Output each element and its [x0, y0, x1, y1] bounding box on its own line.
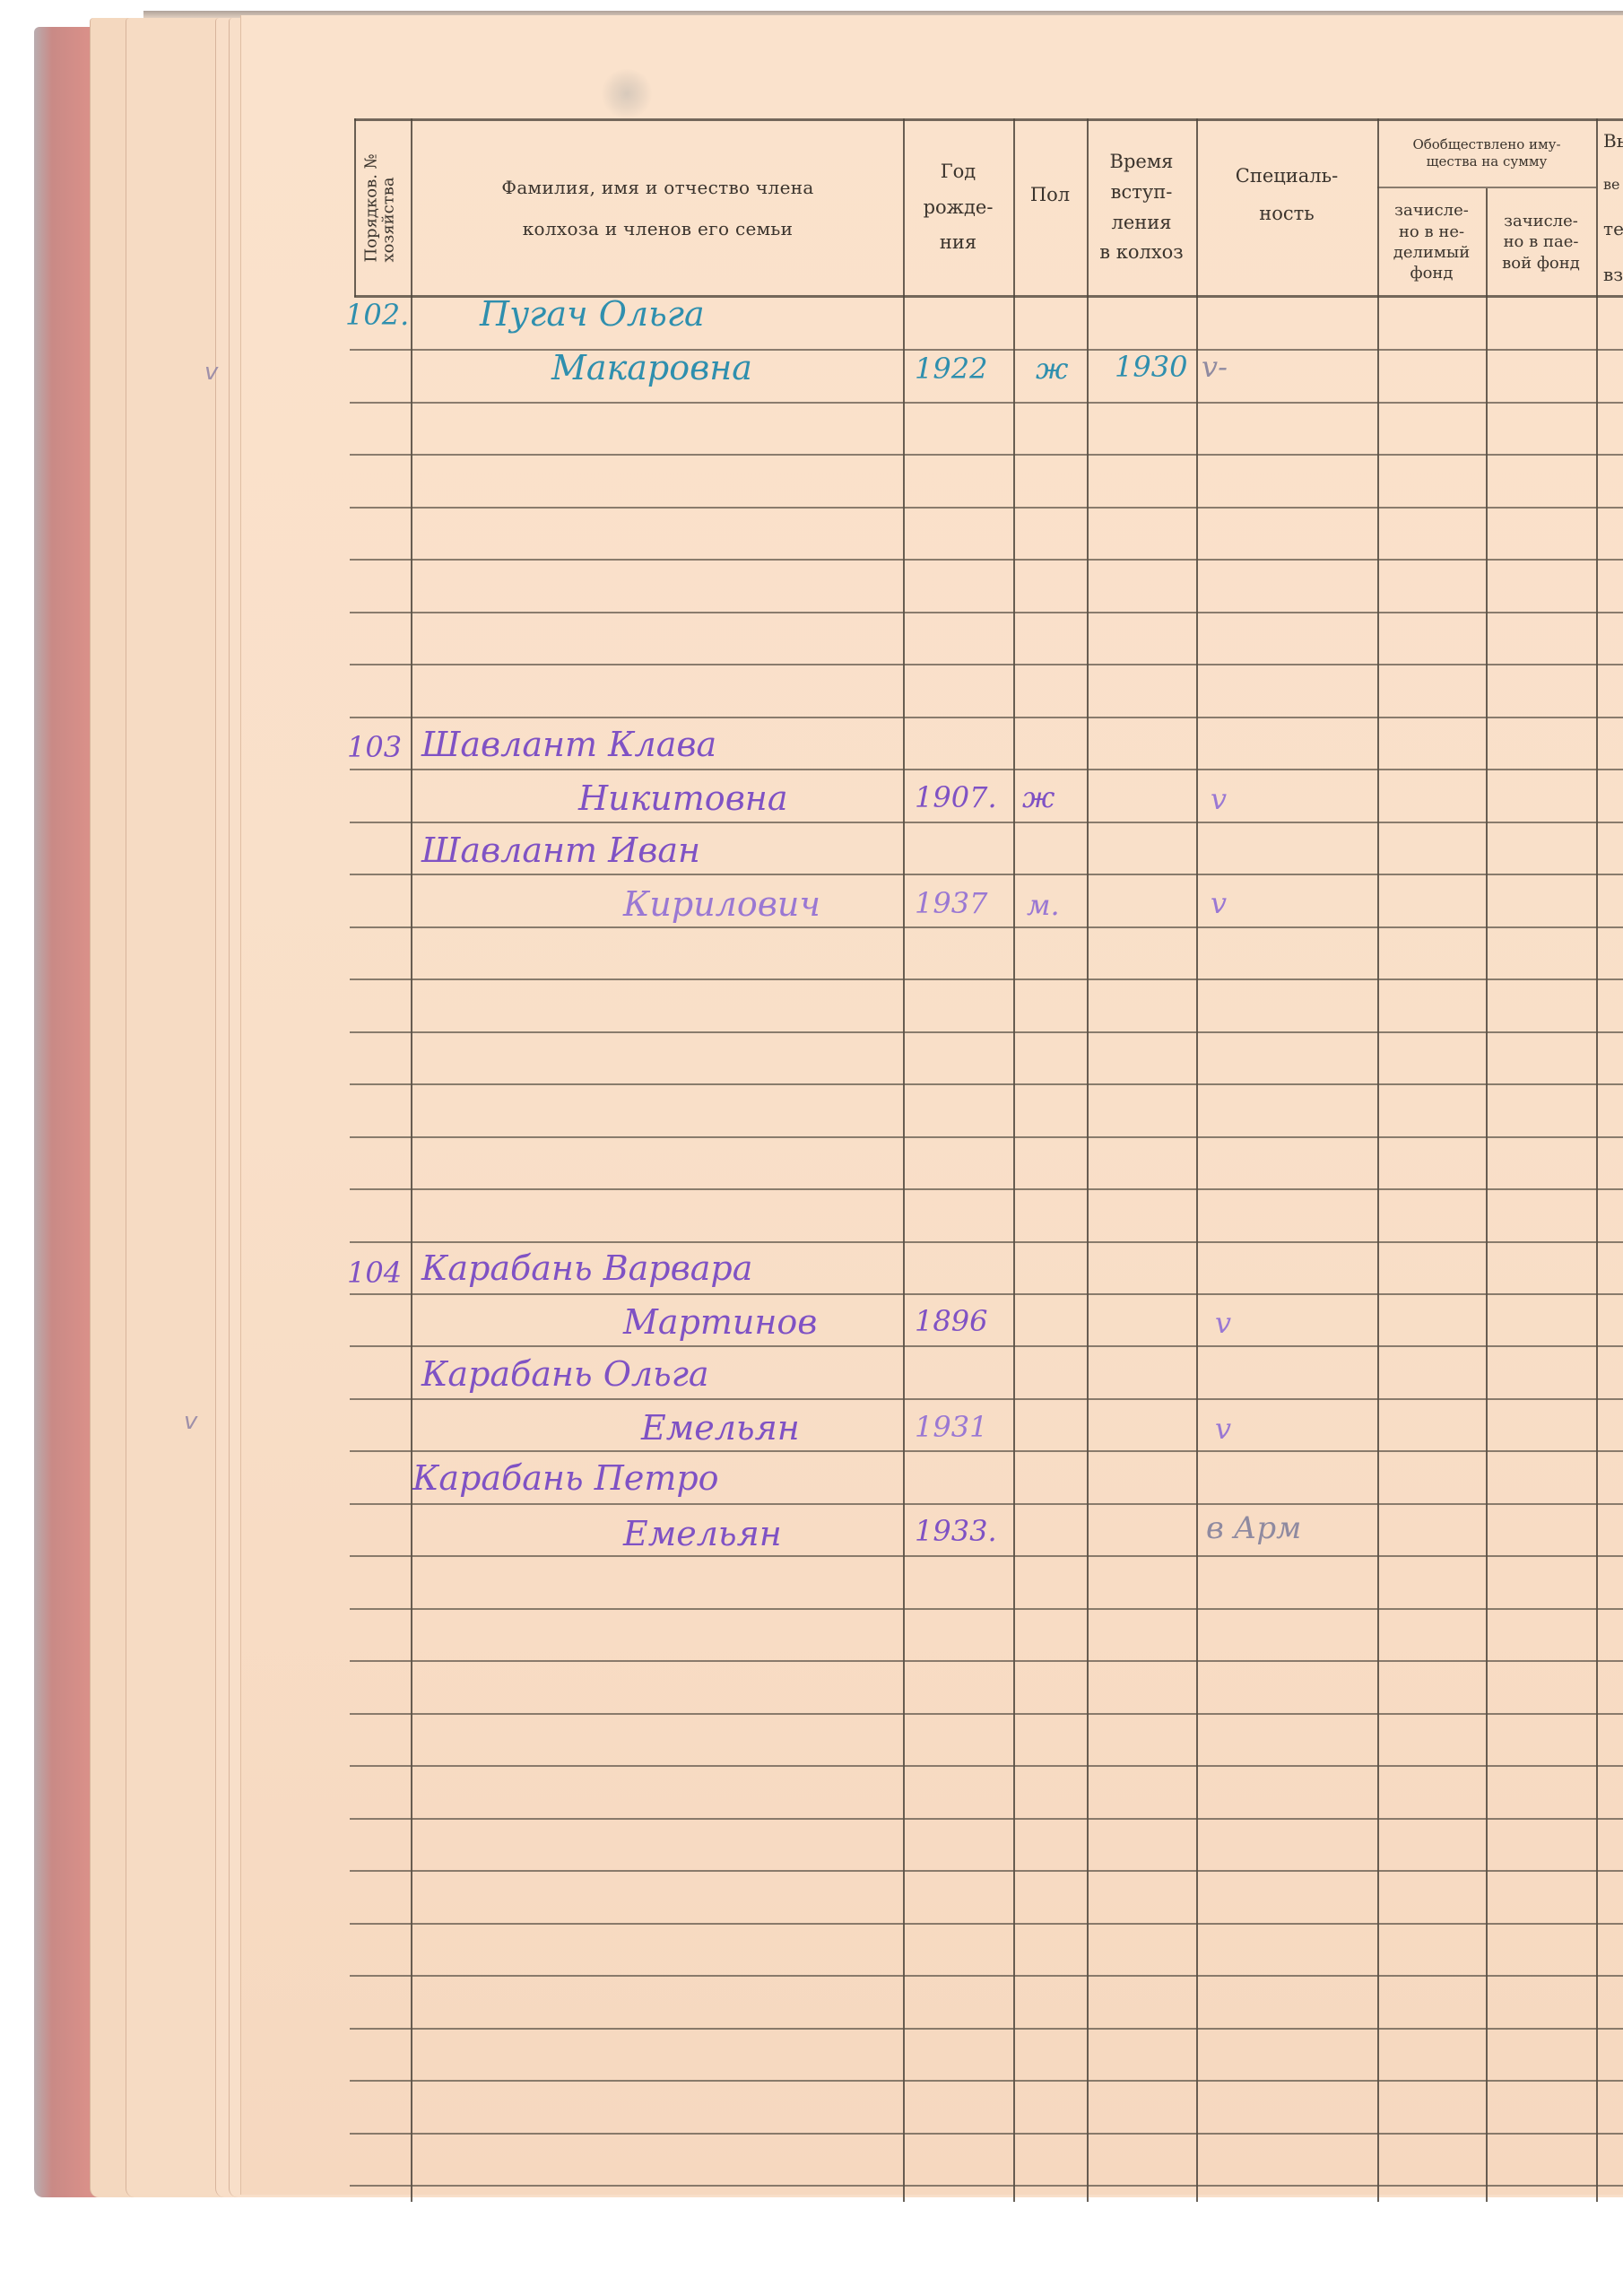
header-socialized-property: Обобществлено иму- щества на сумму	[1377, 120, 1596, 187]
row-line	[350, 507, 1623, 509]
margin-check-mark: v	[184, 1408, 197, 1435]
header-household-no: Порядков. № хозяйства	[352, 118, 409, 297]
member-name-line2: Макаровна	[551, 348, 752, 387]
member-name-line2: Мартинов	[623, 1302, 817, 1342]
header-text: Пол	[1030, 180, 1070, 210]
row-line	[350, 612, 1623, 613]
header-text: вой фонд	[1502, 253, 1580, 274]
row-line	[350, 349, 1623, 351]
header-text: Фамилия, имя и отчество члена	[501, 167, 813, 208]
row-line	[350, 2185, 1623, 2187]
column-divider	[1196, 118, 1198, 2202]
member-name-line2: Емельян	[623, 1514, 782, 1553]
column-divider	[1377, 118, 1379, 2202]
birth-year: 1937	[915, 886, 987, 920]
header-text: Год	[941, 154, 976, 190]
row-line	[350, 1136, 1623, 1138]
header-text: делимый	[1393, 242, 1471, 263]
row-line	[350, 1765, 1623, 1767]
header-text: но в не-	[1399, 222, 1464, 242]
row-line	[350, 1713, 1623, 1715]
column-divider	[411, 118, 412, 2202]
row-line	[350, 2133, 1623, 2135]
member-name-line1: Шавлант Иван	[421, 831, 700, 870]
birth-year: 1931	[915, 1410, 987, 1444]
member-name-line1: Карабань Варвара	[421, 1248, 752, 1288]
member-name-line2: Кирилович	[623, 884, 820, 924]
header-text: вступ-	[1111, 178, 1173, 208]
column-divider	[903, 118, 905, 2202]
header-text: рожде-	[924, 190, 994, 226]
row-line	[350, 926, 1623, 928]
sex: ж	[1022, 780, 1055, 814]
header-text: ве	[1603, 178, 1619, 192]
row-line	[350, 454, 1623, 456]
margin-check-mark: v	[204, 359, 218, 386]
specialty-mark: v	[1215, 1412, 1231, 1446]
row-line	[350, 1241, 1623, 1243]
header-text: Время	[1110, 147, 1174, 178]
member-name-line1: Карабань Ольга	[421, 1354, 709, 1394]
birth-year: 1933.	[915, 1514, 997, 1548]
header-text: ния	[940, 225, 976, 261]
header-text: колхоза и членов его семьи	[523, 208, 794, 249]
join-year: 1930	[1115, 350, 1187, 384]
row-line	[350, 822, 1623, 823]
header-name: Фамилия, имя и отчество члена колхоза и …	[412, 118, 903, 297]
sex: м.	[1027, 888, 1060, 922]
household-number: 103	[347, 730, 402, 764]
column-divider	[1596, 118, 1598, 2202]
row-line	[350, 2028, 1623, 2030]
header-text: вз	[1603, 265, 1623, 283]
row-line	[350, 1660, 1623, 1662]
row-line	[350, 664, 1623, 665]
row-line	[350, 874, 1623, 875]
specialty-mark: v	[1211, 886, 1227, 920]
household-number: 102.	[345, 298, 409, 332]
header-text: в колхоз	[1099, 238, 1184, 268]
row-line	[350, 1345, 1623, 1347]
specialty-mark: v	[1211, 782, 1227, 816]
stain	[600, 69, 654, 118]
header-text: хозяйства	[381, 153, 398, 262]
row-line	[350, 978, 1623, 980]
header-text: Порядков. №	[364, 153, 381, 262]
row-line	[350, 1450, 1623, 1452]
birth-year: 1907.	[915, 780, 997, 814]
header-cut-off-column: Вы ве те вз	[1598, 118, 1623, 297]
header-text: Вы	[1603, 132, 1623, 150]
row-line	[350, 1975, 1623, 1977]
member-name-line1: Шавлант Клава	[421, 725, 716, 764]
specialty-note: в Арм	[1206, 1510, 1301, 1546]
birth-year: 1922	[915, 352, 987, 386]
row-line	[350, 1031, 1623, 1033]
scan-background	[0, 2188, 1623, 2296]
header-text: фонд	[1410, 263, 1453, 283]
header-text: Обобществлено иму-	[1412, 136, 1560, 153]
member-name-line1: Карабань Петро	[412, 1458, 719, 1498]
column-divider	[1087, 118, 1089, 2202]
header-text: зачисле-	[1394, 200, 1469, 221]
column-divider	[1013, 118, 1015, 2202]
row-line	[350, 402, 1623, 404]
row-line	[350, 1503, 1623, 1505]
column-divider	[1486, 188, 1488, 2202]
row-line	[350, 1555, 1623, 1557]
row-line	[350, 1083, 1623, 1085]
header-text: щества на сумму	[1427, 153, 1548, 170]
row-line	[350, 717, 1623, 718]
member-name-line1: Пугач Ольга	[480, 294, 705, 334]
header-share-fund: зачисле- но в пае- вой фонд	[1486, 188, 1596, 296]
row-line	[350, 2080, 1623, 2082]
header-indivisible-fund: зачисле- но в не- делимый фонд	[1377, 188, 1486, 296]
header-text: зачисле-	[1504, 211, 1578, 231]
header-text: но в пае-	[1504, 231, 1579, 252]
header-text: ления	[1111, 208, 1171, 239]
sex: ж	[1036, 352, 1068, 386]
ledger-table: Порядков. № хозяйства Фамилия, имя и отч…	[354, 118, 1623, 2202]
row-line	[350, 1398, 1623, 1400]
specialty-mark: v	[1215, 1306, 1231, 1340]
header-text: те	[1603, 220, 1623, 238]
header-birth-year: Год рожде- ния	[903, 118, 1013, 297]
member-name-line2: Никитовна	[578, 778, 788, 818]
row-line	[350, 1818, 1623, 1820]
household-number: 104	[347, 1256, 402, 1290]
header-specialty: Специаль- ность	[1196, 118, 1377, 271]
row-line	[350, 1923, 1623, 1925]
birth-year: 1896	[915, 1304, 987, 1338]
row-line	[350, 1293, 1623, 1295]
header-text: ность	[1259, 195, 1314, 232]
row-line	[350, 1870, 1623, 1872]
header-sex: Пол	[1013, 118, 1087, 271]
specialty-mark: v-	[1202, 350, 1228, 384]
header-join-time: Время вступ- ления в колхоз	[1087, 118, 1196, 297]
row-line	[350, 1608, 1623, 1610]
row-line	[350, 559, 1623, 561]
header-text: Специаль-	[1236, 157, 1338, 195]
member-name-line2: Емельян	[641, 1408, 800, 1448]
row-line	[350, 1188, 1623, 1190]
row-line	[350, 769, 1623, 770]
header-left-border	[354, 118, 356, 297]
